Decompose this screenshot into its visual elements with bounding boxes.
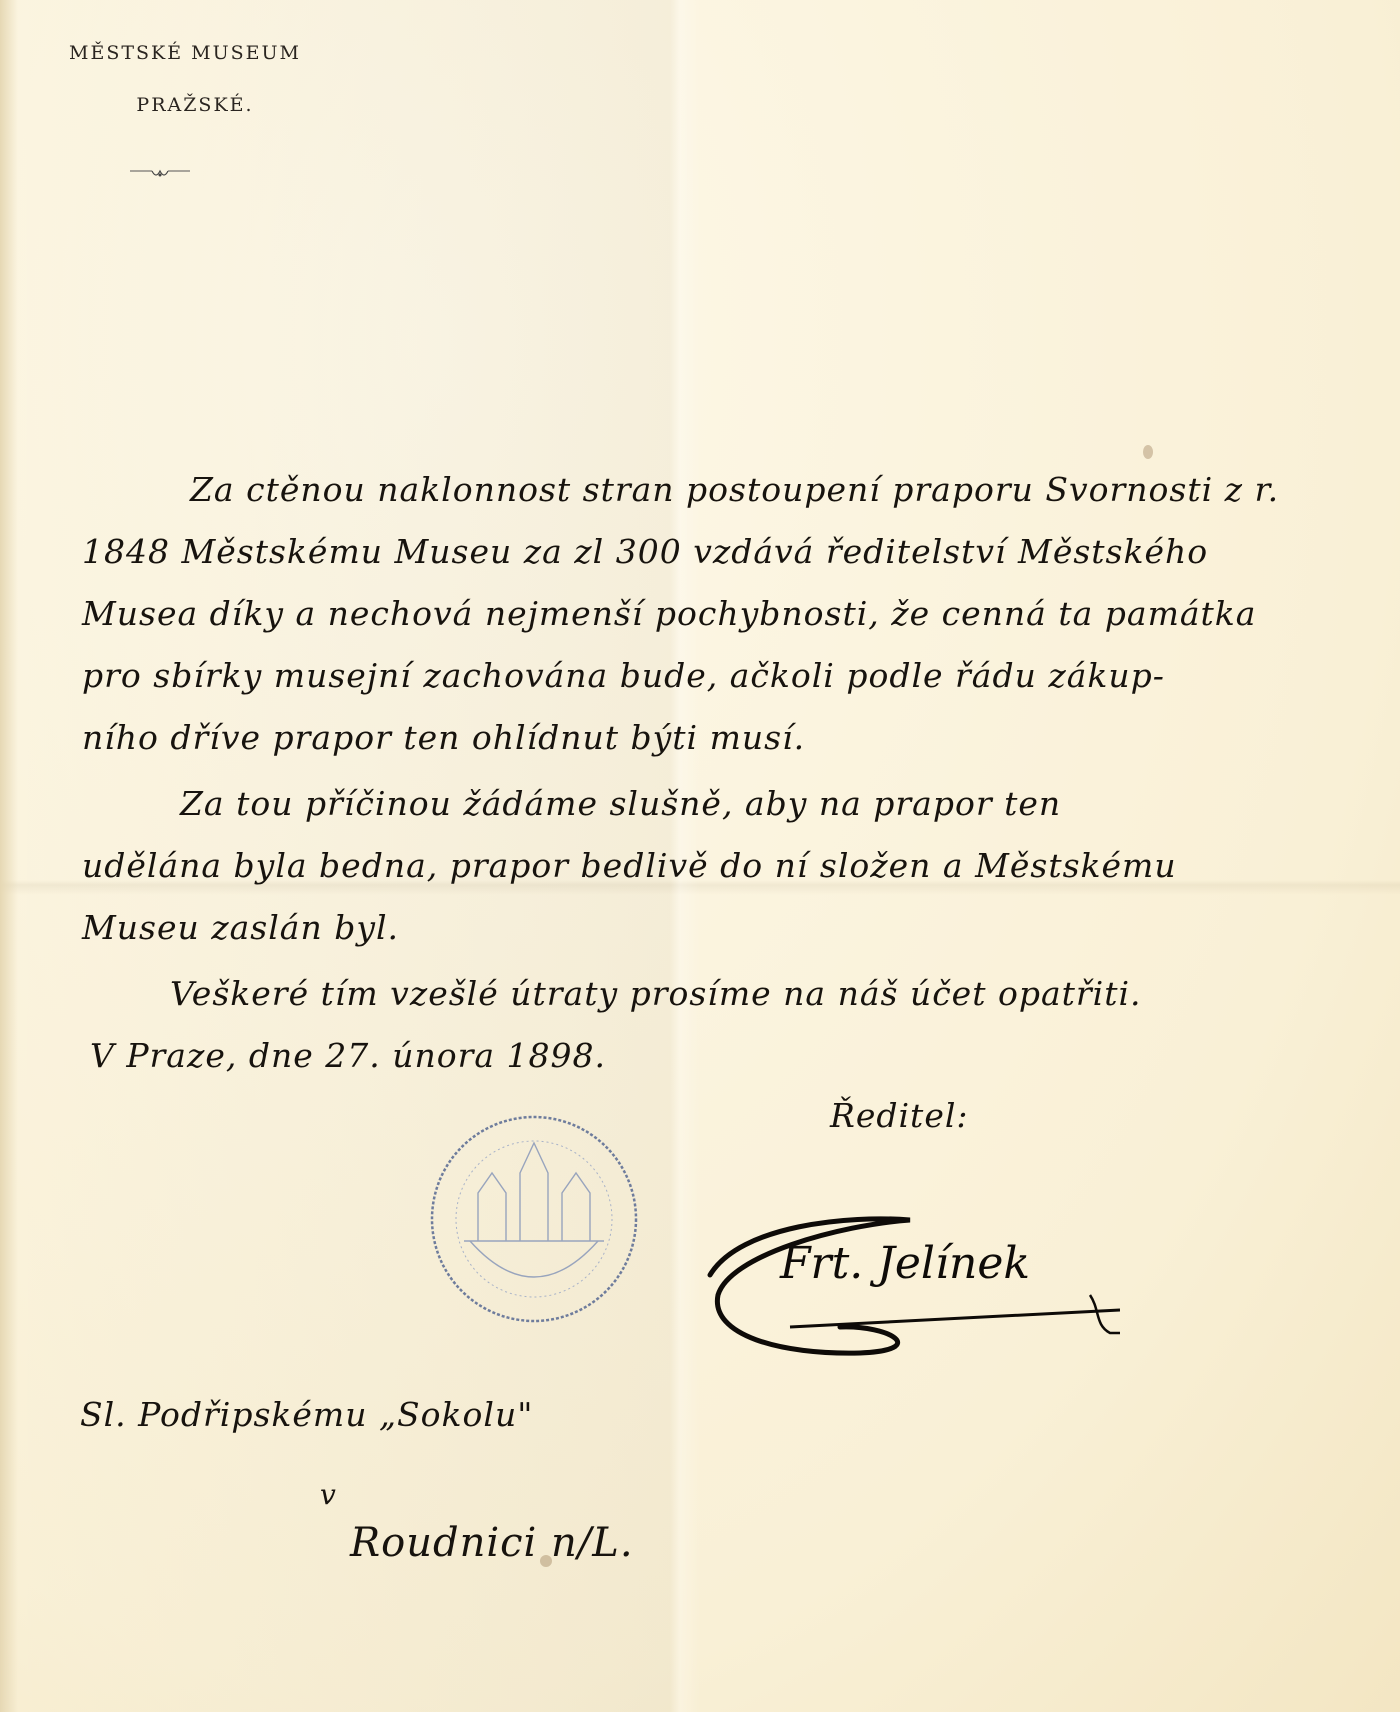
paper-stain: [540, 1555, 552, 1567]
body-line-5: ního dříve prapor ten ohlídnut býti musí…: [82, 718, 805, 757]
paper-edge: [0, 0, 18, 1712]
body-line-3: Musea díky a nechová nejmenší pochybnost…: [82, 594, 1256, 633]
body-line-2: 1848 Městskému Museu za zl 300 vzdává ře…: [82, 532, 1208, 571]
letterhead: MĚSTSKÉ MUSEUM PRAŽSKÉ.: [40, 42, 330, 116]
body-line-8: Museu zaslán byl.: [82, 908, 399, 947]
date-line: V Praze, dne 27. února 1898.: [90, 1036, 606, 1075]
signature-title: Ředitel:: [830, 1096, 969, 1135]
body-line-1: Za ctěnou naklonnost stran postoupení pr…: [190, 470, 1279, 509]
address-preposition: v: [320, 1478, 337, 1511]
museum-seal-icon: [428, 1113, 640, 1325]
body-line-9: Veškeré tím vzešlé útraty prosíme na náš…: [170, 974, 1142, 1013]
address-city: Roudnici n/L.: [350, 1520, 634, 1566]
letterhead-line-2: PRAŽSKÉ.: [40, 94, 330, 116]
signature-name: Frt. Jelínek: [780, 1238, 1030, 1289]
address-recipient: Sl. Podřipskému „Sokolu": [80, 1395, 533, 1434]
ornament-icon: [130, 166, 190, 180]
body-line-7: udělána byla bedna, prapor bedlivě do ní…: [82, 846, 1177, 885]
body-line-6: Za tou příčinou žádáme slušně, aby na pr…: [180, 784, 1061, 823]
body-line-4: pro sbírky musejní zachována bude, ačkol…: [82, 656, 1165, 695]
paper-stain: [1143, 445, 1153, 459]
letterhead-line-1: MĚSTSKÉ MUSEUM: [40, 42, 330, 64]
